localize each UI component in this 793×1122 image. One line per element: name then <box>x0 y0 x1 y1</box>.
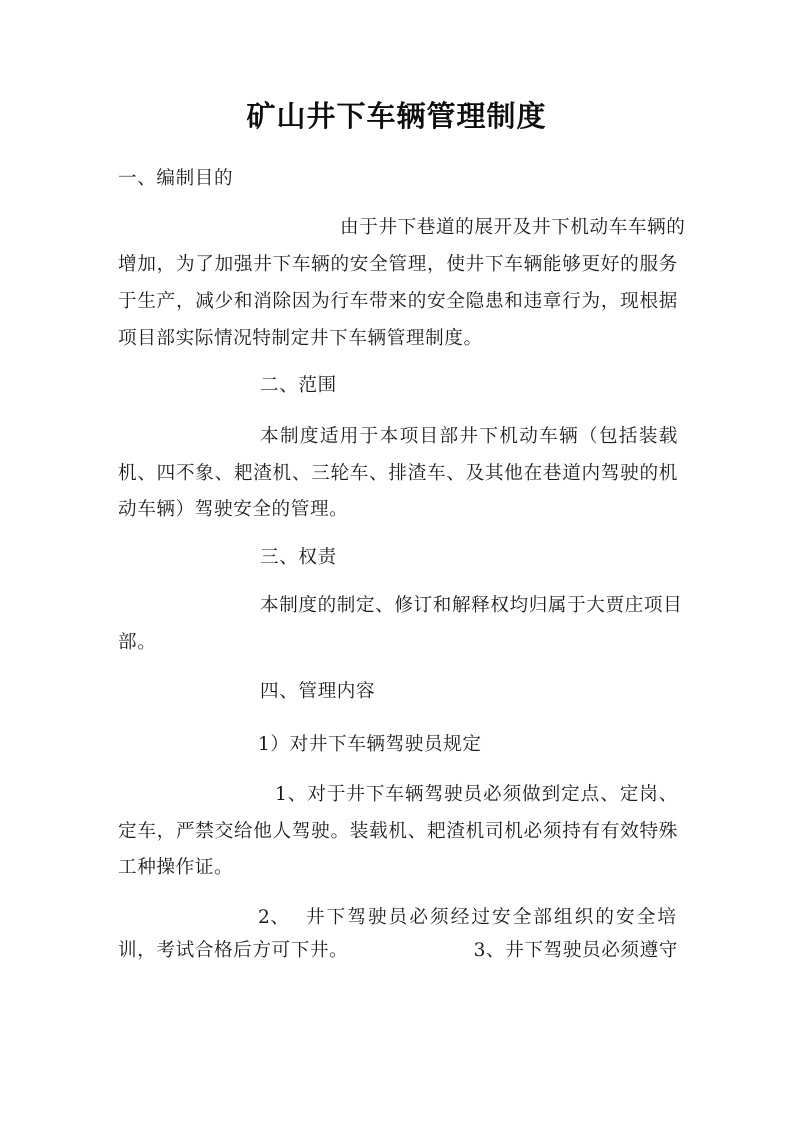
paragraph-line: 本制度适用于本项目部井下机动车辆（包括装载 <box>260 424 678 450</box>
list-item-line: 工种操作证。 <box>118 855 678 881</box>
list-item-line: 1、对于井下车辆驾驶员必须做到定点、定岗、 <box>275 782 678 808</box>
section-heading-management: 四、管理内容 <box>260 679 678 705</box>
paragraph-line: 于生产，减少和消除因为行车带来的安全隐患和违章行为，现根据 <box>118 289 678 315</box>
paragraph-line: 增加，为了加强井下车辆的安全管理，使井下车辆能够更好的服务 <box>118 252 678 278</box>
list-item-line: 井下驾驶员必须经过安全部组织的安全培 <box>306 905 678 931</box>
paragraph-line: 机、四不象、耙渣机、三轮车、排渣车、及其他在巷道内驾驶的机 <box>118 461 678 487</box>
subsection-heading-drivers: 1）对井下车辆驾驶员规定 <box>258 732 793 758</box>
paragraph-line: 部。 <box>118 630 678 656</box>
list-item-number: 2、 <box>258 905 298 931</box>
document-page: 矿山井下车辆管理制度 一、编制目的 由于井下巷道的展开及井下机动车车辆的 增加，… <box>0 0 793 1122</box>
list-item-line: 定车，严禁交给他人驾驶。装载机、耙渣机司机必须持有有效特殊 <box>118 819 678 845</box>
paragraph-line: 本制度的制定、修订和解释权均归属于大贾庄项目 <box>260 593 678 619</box>
section-heading-authority: 三、权责 <box>260 545 678 571</box>
list-item-line: 3、井下驾驶员必须遵守 <box>470 938 678 964</box>
paragraph-line: 由于井下巷道的展开及井下机动车车辆的 <box>340 215 678 241</box>
document-title: 矿山井下车辆管理制度 <box>0 96 793 136</box>
section-heading-purpose: 一、编制目的 <box>118 166 678 192</box>
section-heading-scope: 二、范围 <box>260 373 678 399</box>
paragraph-line: 项目部实际情况特制定井下车辆管理制度。 <box>118 326 678 352</box>
paragraph-line: 动车辆）驾驶安全的管理。 <box>118 497 678 523</box>
